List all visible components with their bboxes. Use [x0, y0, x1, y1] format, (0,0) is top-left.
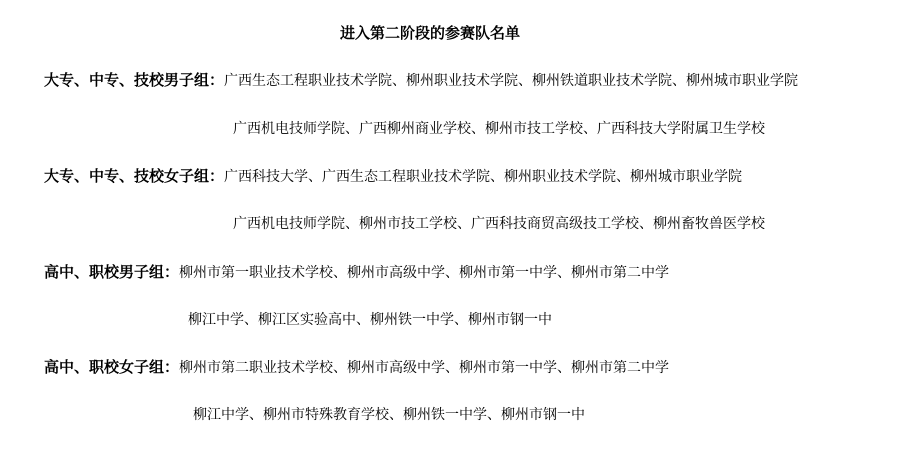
school-list: 广西机电技师学院、广西柳州商业学校、柳州市技工学校、广西科技大学附属卫生学校	[233, 121, 765, 137]
school-list: 柳州市第二职业技术学校、柳州市高级中学、柳州市第一中学、柳州市第二中学	[179, 360, 669, 376]
group-row-highschool-men: 高中、职校男子组：柳州市第一职业技术学校、柳州市高级中学、柳州市第一中学、柳州市…	[44, 262, 669, 283]
group-row-vocational-men: 大专、中专、技校男子组：广西生态工程职业技术学院、柳州职业技术学院、柳州铁道职业…	[44, 70, 798, 91]
school-list: 柳江中学、柳江区实验高中、柳州铁一中学、柳州市钢一中	[188, 312, 552, 328]
school-list: 广西机电技师学院、柳州市技工学校、广西科技商贸高级技工学校、柳州畜牧兽医学校	[233, 216, 765, 232]
school-list: 柳州市第一职业技术学校、柳州市高级中学、柳州市第一中学、柳州市第二中学	[179, 265, 669, 281]
school-list: 广西生态工程职业技术学院、柳州职业技术学院、柳州铁道职业技术学院、柳州城市职业学…	[224, 73, 798, 89]
group-row-vocational-women: 大专、中专、技校女子组：广西科技大学、广西生态工程职业技术学院、柳州职业技术学院…	[44, 166, 742, 187]
group-row-continuation: 柳江中学、柳州市特殊教育学校、柳州铁一中学、柳州市钢一中	[193, 405, 585, 425]
group-row-continuation: 柳江中学、柳江区实验高中、柳州铁一中学、柳州市钢一中	[188, 310, 552, 330]
page-title: 进入第二阶段的参赛队名单	[0, 22, 860, 43]
group-label: 大专、中专、技校男子组：	[44, 71, 224, 89]
group-label: 高中、职校男子组：	[44, 263, 179, 281]
group-label: 大专、中专、技校女子组：	[44, 167, 224, 185]
school-list: 柳江中学、柳州市特殊教育学校、柳州铁一中学、柳州市钢一中	[193, 407, 585, 423]
group-row-continuation: 广西机电技师学院、广西柳州商业学校、柳州市技工学校、广西科技大学附属卫生学校	[233, 119, 765, 139]
group-row-continuation: 广西机电技师学院、柳州市技工学校、广西科技商贸高级技工学校、柳州畜牧兽医学校	[233, 214, 765, 234]
group-row-highschool-women: 高中、职校女子组：柳州市第二职业技术学校、柳州市高级中学、柳州市第一中学、柳州市…	[44, 357, 669, 378]
school-list: 广西科技大学、广西生态工程职业技术学院、柳州职业技术学院、柳州城市职业学院	[224, 169, 742, 185]
group-label: 高中、职校女子组：	[44, 358, 179, 376]
